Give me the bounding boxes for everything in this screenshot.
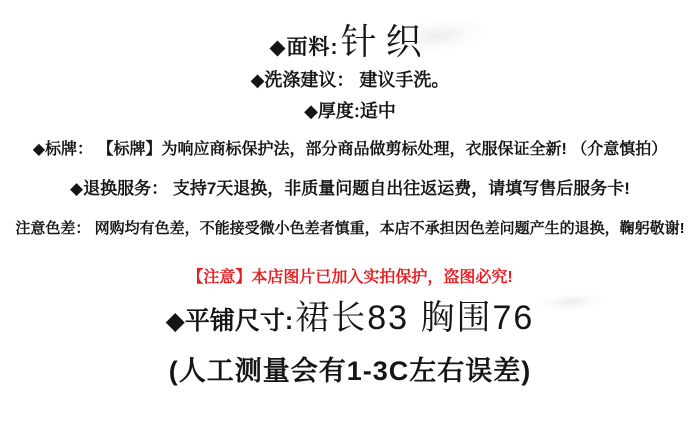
washing-advice-line: ◆洗涤建议： 建议手洗。 bbox=[0, 70, 700, 91]
fabric-value: 针织 bbox=[341, 21, 431, 62]
color-difference-line: 注意色差： 网购均有色差，不能接受微小色差者慎重，本店不承担因色差问题产生的退换… bbox=[0, 220, 700, 237]
anti-theft-notice-line: 【注意】本店图片已加入实拍保护，盗图必究! bbox=[0, 269, 700, 287]
flat-size-label: ◆平铺尺寸: bbox=[166, 307, 294, 335]
fabric-line: ◆面料:针织 bbox=[0, 21, 700, 62]
flat-size-line: ◆平铺尺寸:裙长83 胸围76 bbox=[0, 299, 700, 338]
brand-tag-line: ◆标牌： 【标牌】为响应商标保护法，部分商品做剪标处理，衣服保证全新! （介意慎… bbox=[0, 141, 700, 159]
product-description-sheet: ◆面料:针织 ◆洗涤建议： 建议手洗。 ◆厚度:适中 ◆标牌： 【标牌】为响应商… bbox=[0, 0, 700, 433]
measurement-tolerance-line: (人工测量会有1-3C左右误差) bbox=[0, 356, 700, 387]
thickness-line: ◆厚度:适中 bbox=[0, 101, 700, 122]
return-policy-line: ◆退换服务： 支持7天退换，非质量问题自出往返运费，请填写售后服务卡! bbox=[0, 179, 700, 199]
fabric-label: ◆面料: bbox=[269, 36, 338, 59]
flat-size-value: 裙长83 胸围76 bbox=[295, 299, 534, 337]
